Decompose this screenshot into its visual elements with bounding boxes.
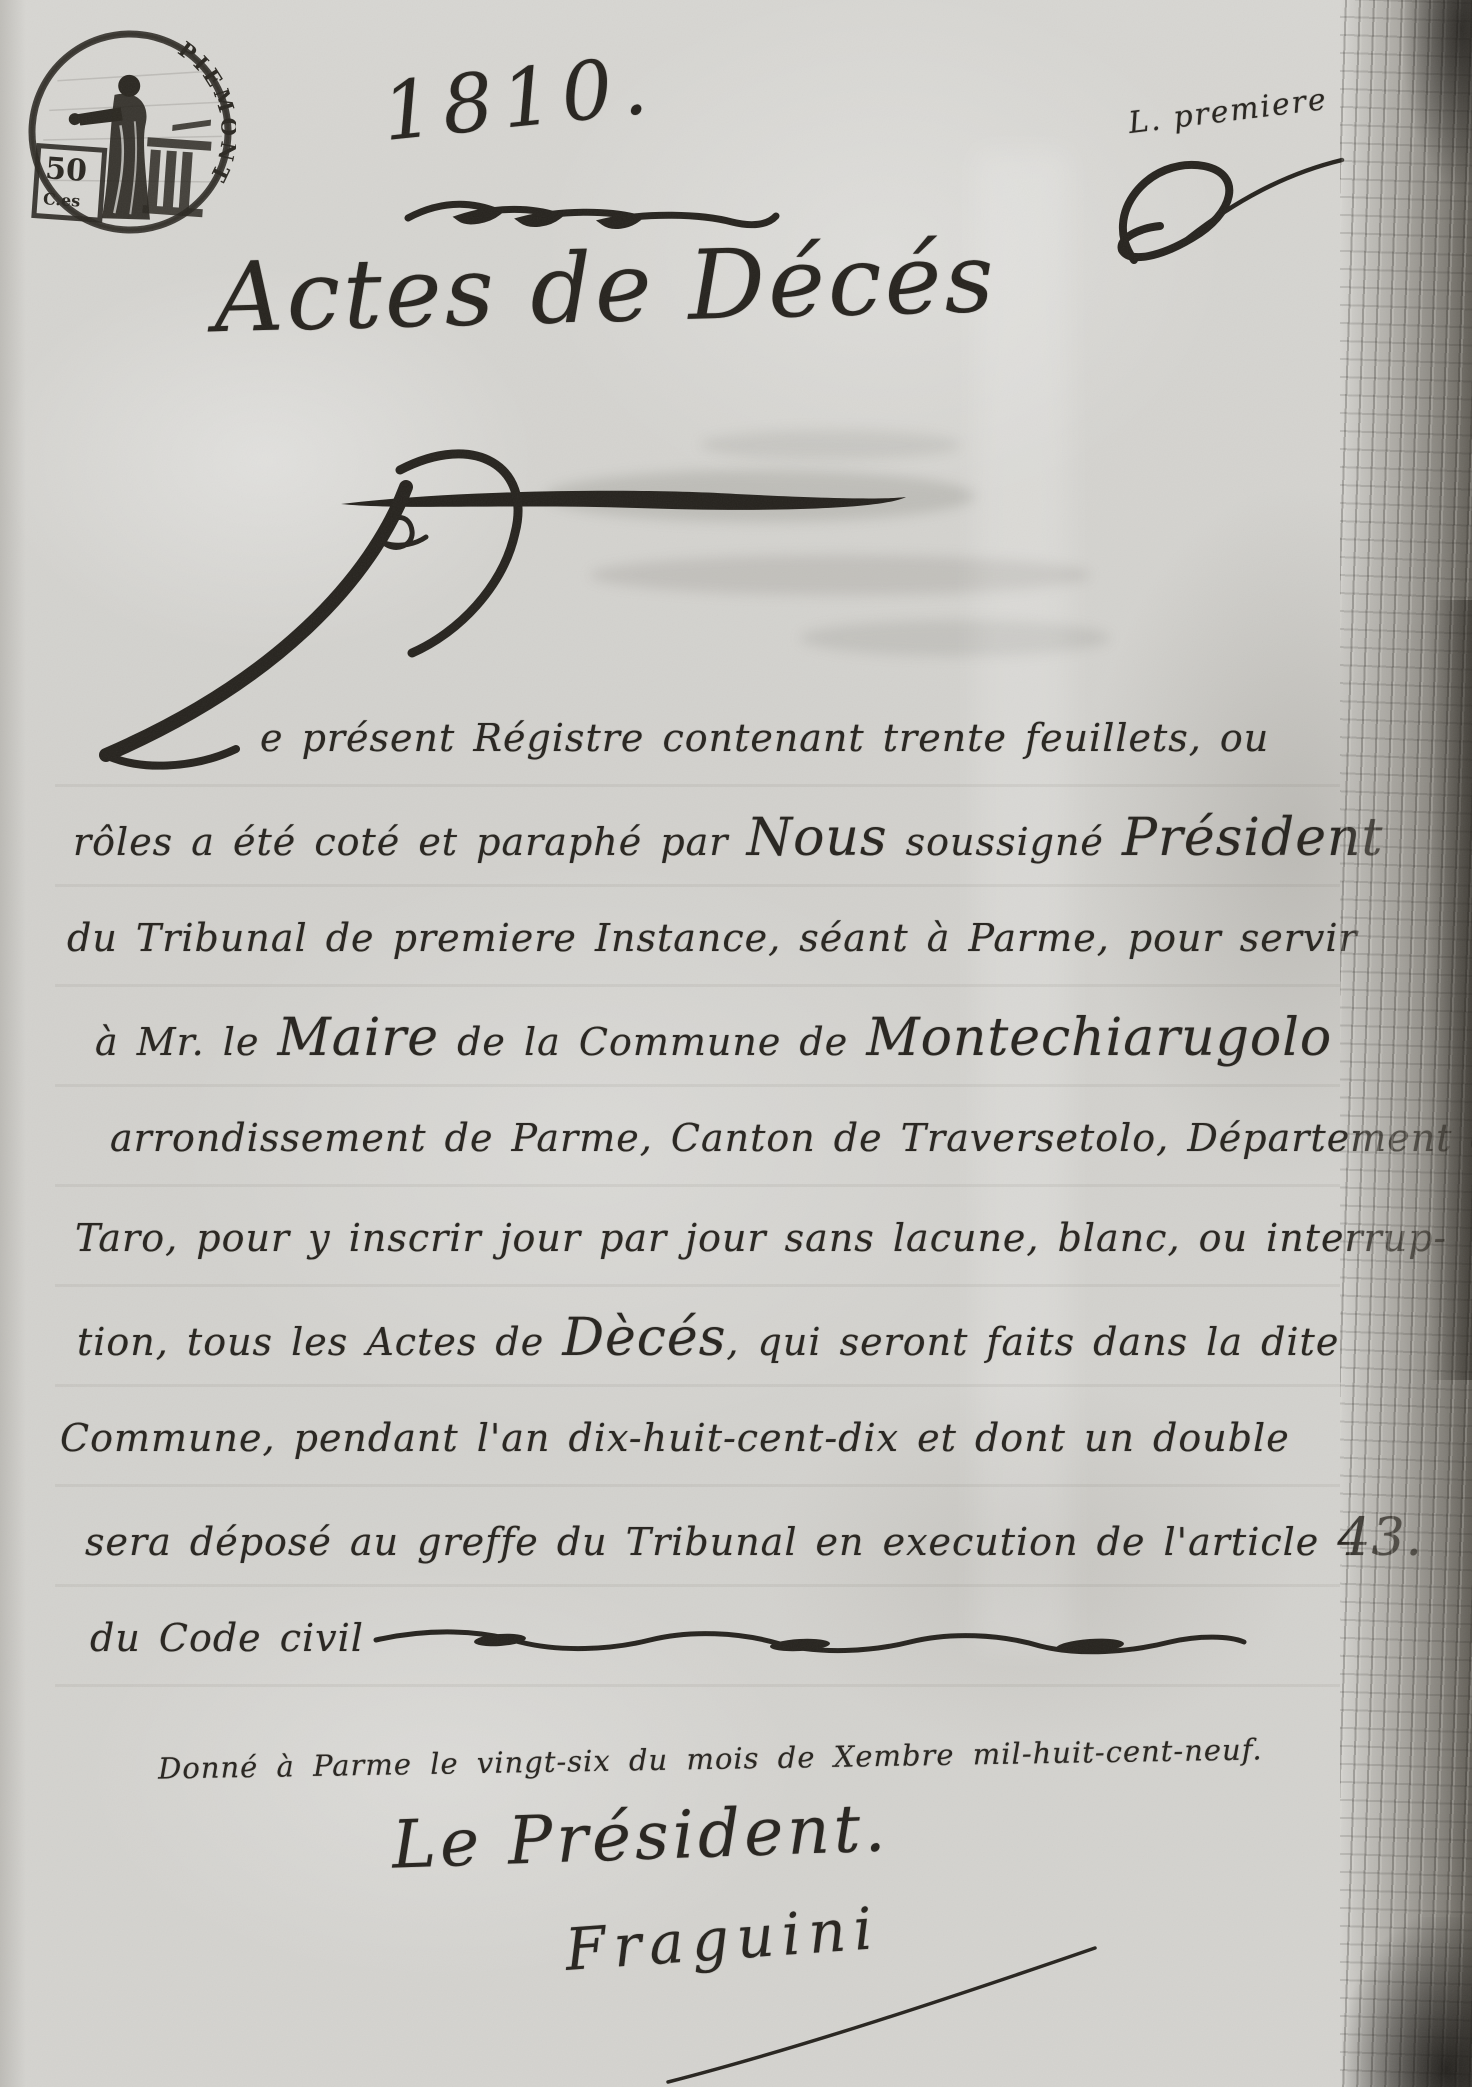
body-line: Taro, pour y inscrir jour par jour sans … (55, 1188, 1340, 1288)
text-run: sera déposé au greffe du Tribunal en exe… (85, 1520, 1337, 1564)
body-line: du Tribunal de premiere Instance, séant … (55, 888, 1340, 988)
text-run: Dècés (562, 1308, 726, 1368)
president-signoff: Le Président. (391, 1789, 891, 1883)
body-line: arrondissement de Parme, Canton de Trave… (55, 1088, 1340, 1188)
dateline: Donné à Parme le vingt-six du mois de Xe… (158, 1732, 1263, 1785)
stamp-unit: C.es (42, 189, 80, 211)
text-run: à Mr. le (95, 1020, 278, 1064)
stamp-value-box: 50 C.es (34, 146, 105, 220)
text-run: rôles a été coté et paraphé par (73, 820, 747, 864)
body-line: sera déposé au greffe du Tribunal en exe… (55, 1488, 1340, 1588)
left-edge-shade (0, 0, 26, 2087)
edge-blotch (1342, 1917, 1472, 2087)
folio-note: L. premiere (1127, 82, 1330, 141)
text-run: soussigné (888, 820, 1122, 864)
text-run: e présent Régistre contenant trente feui… (260, 716, 1269, 760)
edge-blotch (1402, 0, 1472, 190)
text-run: du Tribunal de premiere Instance, séant … (67, 916, 1358, 960)
stamp-value: 50 (44, 151, 88, 189)
body-lines: e présent Régistre contenant trente feui… (55, 688, 1340, 1688)
text-run: Taro, pour y inscrir jour par jour sans … (75, 1216, 1447, 1260)
text-run: du Code civil (90, 1616, 364, 1660)
year-heading: 1810. (378, 38, 660, 159)
paraph-flourish (1092, 142, 1357, 287)
text-run: de la Commune de (439, 1020, 866, 1064)
edge-blotch (1428, 600, 1472, 1380)
closing-flourish-rule (370, 1618, 1250, 1666)
text-run: Montechiarugolo (866, 1008, 1332, 1068)
body-line: e présent Régistre contenant trente feui… (55, 688, 1340, 788)
page-title: Actes de Décés (213, 222, 998, 354)
text-run: tion, tous les Actes de (77, 1320, 562, 1364)
body-line: tion, tous les Actes de Dècés, qui seron… (55, 1288, 1340, 1388)
body-line: rôles a été coté et paraphé par Nous sou… (55, 788, 1340, 888)
piemont-revenue-stamp-icon: PIEMONT 50 (24, 26, 236, 238)
signature-swash (650, 1940, 1110, 2087)
register-page: PIEMONT 50 (0, 0, 1472, 2087)
body-line: à Mr. le Maire de la Commune de Montechi… (55, 988, 1340, 1088)
body-line: Commune, pendant l'an dix-huit-cent-dix … (55, 1388, 1340, 1488)
text-run: , qui seront faits dans la dite (726, 1320, 1339, 1364)
bleedthrough-smudge (700, 430, 960, 460)
text-run: Commune, pendant l'an dix-huit-cent-dix … (60, 1416, 1290, 1460)
text-run: Nous (747, 808, 888, 868)
text-run: Maire (278, 1008, 440, 1068)
text-run: arrondissement de Parme, Canton de Trave… (110, 1116, 1472, 1160)
